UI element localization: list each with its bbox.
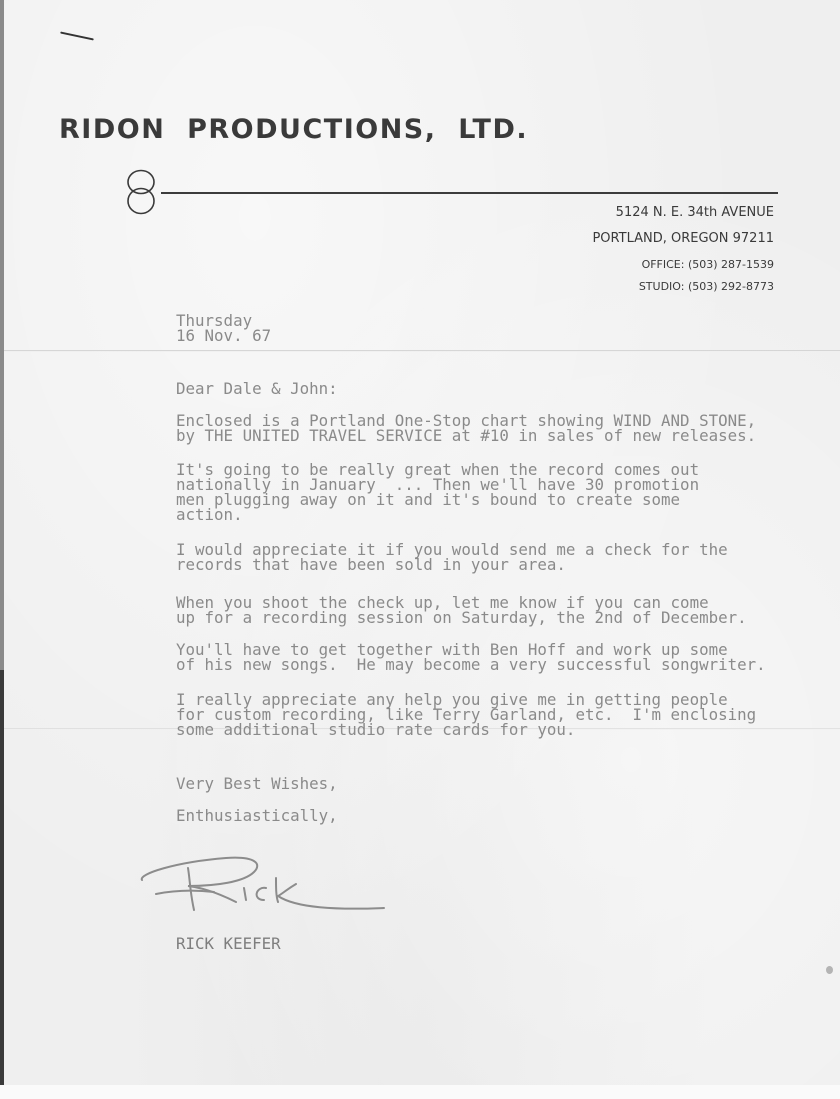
company-address: 5124 N. E. 34th AVENUE PORTLAND, OREGON …	[592, 200, 774, 298]
handwritten-signature	[136, 850, 396, 920]
paragraph: I really appreciate any help you give me…	[176, 692, 756, 737]
double-ring-emblem-icon	[124, 168, 158, 218]
paragraph: Enclosed is a Portland One-Stop chart sh…	[176, 413, 756, 443]
paragraph: You'll have to get together with Ben Hof…	[176, 642, 766, 672]
scan-bottom-margin	[0, 1085, 840, 1099]
salutation: Dear Dale & John:	[176, 381, 338, 396]
company-name: RIDON PRODUCTIONS, LTD.	[59, 114, 528, 145]
typed-signer-name: RICK KEEFER	[176, 936, 281, 951]
paragraph: When you shoot the check up, let me know…	[176, 595, 747, 625]
address-city: PORTLAND, OREGON 97211	[592, 226, 774, 252]
date-value: 16 Nov. 67	[176, 326, 271, 345]
paper-fold-line	[4, 350, 840, 352]
stray-pen-mark	[60, 31, 94, 40]
letterhead-rule	[161, 192, 778, 194]
letter-page: RIDON PRODUCTIONS, LTD. 5124 N. E. 34th …	[4, 0, 840, 1085]
paragraph: It's going to be really great when the r…	[176, 462, 699, 522]
office-phone: OFFICE: (503) 287-1539	[592, 254, 774, 276]
paragraph: I would appreciate it if you would send …	[176, 542, 728, 572]
paper-stain	[826, 966, 833, 974]
scan-edge	[0, 0, 4, 1085]
address-street: 5124 N. E. 34th AVENUE	[592, 200, 774, 226]
studio-phone: STUDIO: (503) 292-8773	[592, 276, 774, 298]
closing-line: Very Best Wishes,	[176, 776, 338, 791]
closing-line: Enthusiastically,	[176, 808, 338, 823]
letter-date: Thursday 16 Nov. 67	[176, 313, 271, 343]
